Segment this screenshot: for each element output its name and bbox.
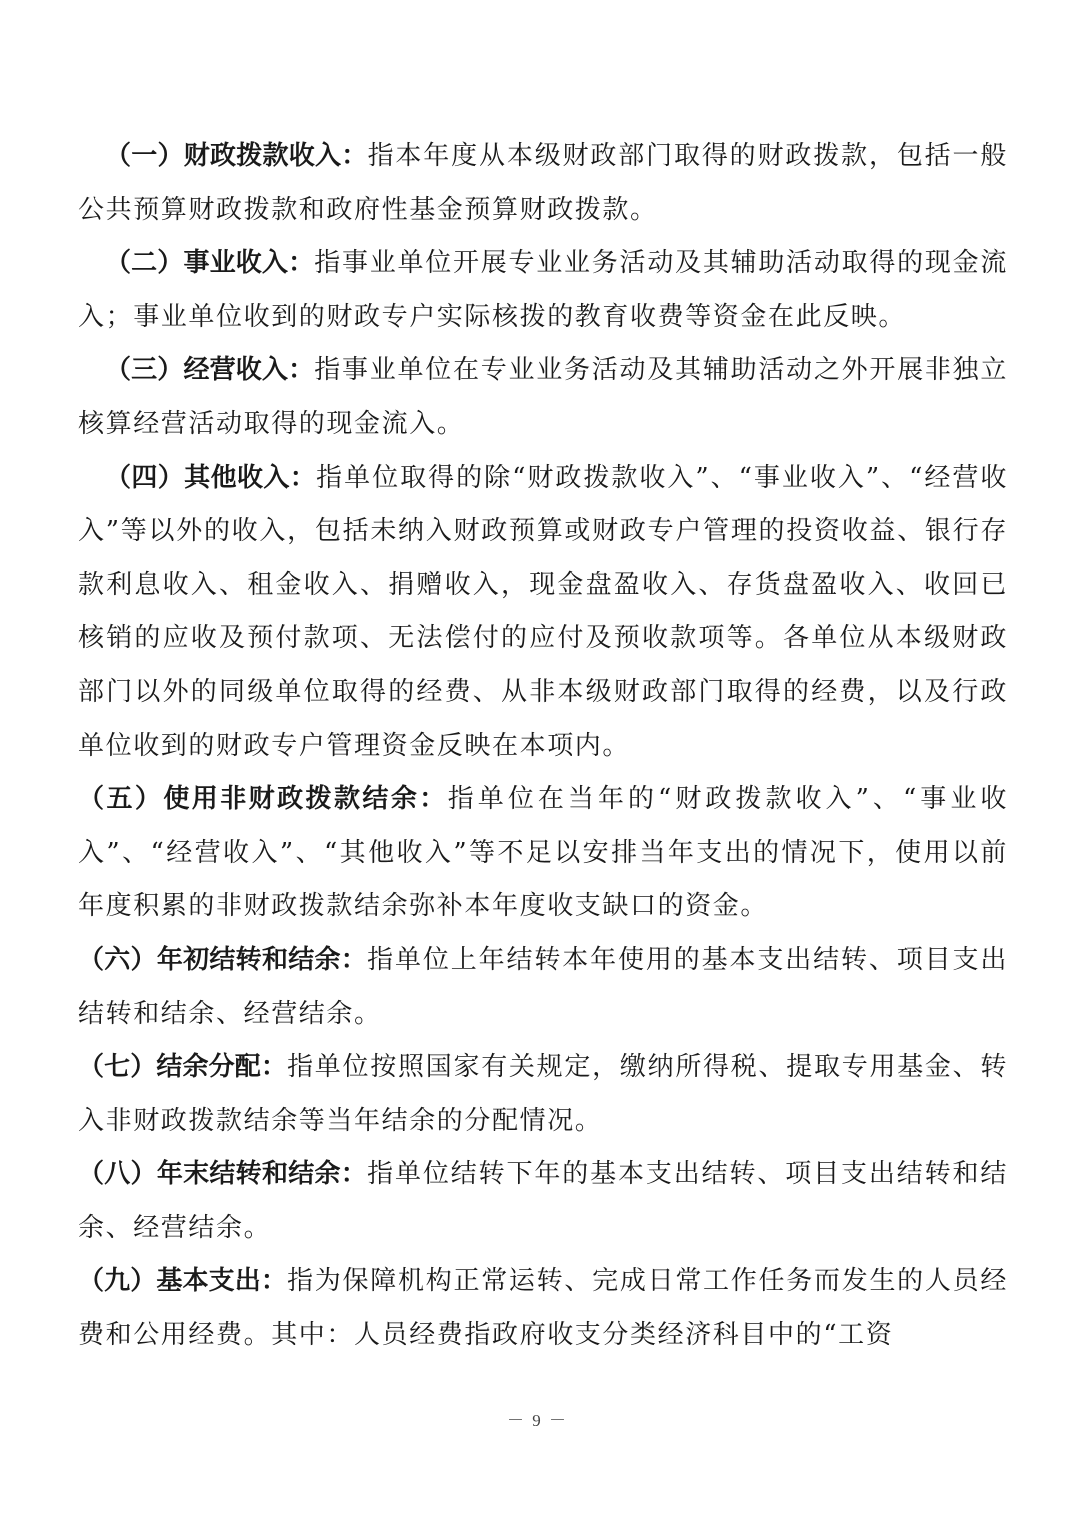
paragraph-heading: （三）经营收入： [105, 355, 314, 385]
paragraph-year-end-carryover: （八）年末结转和结余：指单位结转下年的基本支出结转、项目支出结转和结余、经营结余… [78, 1148, 1008, 1255]
paragraph-heading: （九）基本支出： [78, 1266, 287, 1296]
paragraph-heading: （五）使用非财政拨款结余： [78, 784, 448, 814]
paragraph-heading: （八）年末结转和结余： [78, 1159, 367, 1189]
paragraph-non-fiscal-surplus-usage: （五）使用非财政拨款结余：指单位在当年的“财政拨款收入”、“事业收入”、“经营收… [78, 773, 1008, 934]
paragraph-operating-income: （三）经营收入：指事业单位在专业业务活动及其辅助活动之外开展非独立核算经营活动取… [78, 344, 1008, 451]
paragraph-beginning-carryover: （六）年初结转和结余：指单位上年结转本年使用的基本支出结转、项目支出结转和结余、… [78, 934, 1008, 1041]
paragraph-other-income: （四）其他收入：指单位取得的除“财政拨款收入”、“事业收入”、“经营收入”等以外… [78, 452, 1008, 774]
paragraph-fiscal-appropriation-income: （一）财政拨款收入：指本年度从本级财政部门取得的财政拨款，包括一般公共预算财政拨… [78, 130, 1008, 237]
paragraph-basic-expenditure: （九）基本支出：指为保障机构正常运转、完成日常工作任务而发生的人员经费和公用经费… [78, 1255, 1008, 1362]
paragraph-heading: （六）年初结转和结余： [78, 945, 367, 975]
paragraph-surplus-distribution: （七）结余分配：指单位按照国家有关规定，缴纳所得税、提取专用基金、转入非财政拨款… [78, 1041, 1008, 1148]
paragraph-heading: （四）其他收入： [105, 463, 316, 493]
paragraph-heading: （一）财政拨款收入： [105, 141, 368, 171]
paragraph-heading: （二）事业收入： [105, 248, 314, 278]
paragraph-heading: （七）结余分配： [78, 1052, 287, 1082]
document-page: （一）财政拨款收入：指本年度从本级财政部门取得的财政拨款，包括一般公共预算财政拨… [78, 130, 1008, 1363]
paragraph-body: 指单位取得的除“财政拨款收入”、“事业收入”、“经营收入”等以外的收入，包括未纳… [78, 463, 1008, 761]
page-number: － 9 － [0, 1406, 1075, 1431]
paragraph-business-income: （二）事业收入：指事业单位开展专业业务活动及其辅助活动取得的现金流入；事业单位收… [78, 237, 1008, 344]
